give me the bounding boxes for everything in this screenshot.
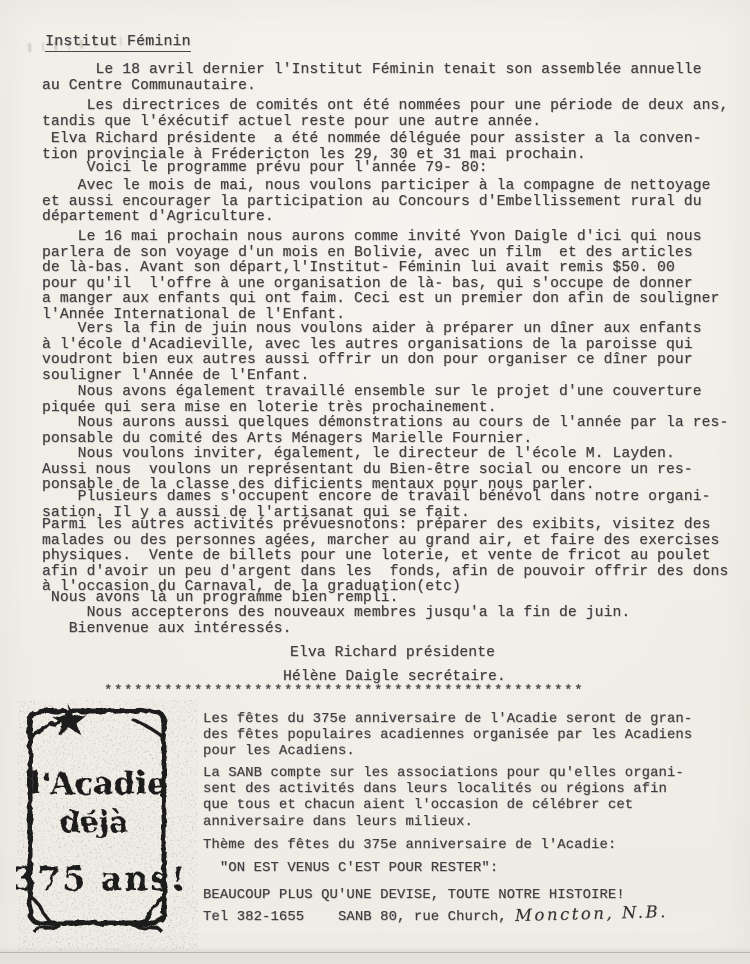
stamp-line-3: 375 ans! — [16, 859, 187, 898]
sanb-slogan-line: "ON EST VENUS C'EST POUR RESTER": — [203, 860, 498, 876]
sanb-paragraph-associations: La SANB compte sur les associations pour… — [203, 765, 684, 830]
acadie-375-stamp: l'Acadie déjà 375 ans! — [16, 698, 200, 956]
sanb-motto-line: BEAUCOUP PLUS QU'UNE DEVISE, TOUTE NOTRE… — [203, 887, 625, 903]
signature-presidente: Elva Richard présidente — [290, 646, 495, 662]
paragraph-couverture-piquee: Nous avons également travaillé ensemble … — [42, 385, 702, 416]
sanb-paragraph-fetes-375e: Les fêtes du 375e anniversaire de l'Acad… — [203, 711, 692, 760]
paragraph-programme-79-80: Voici le programme prévu pour l'année 79… — [42, 161, 488, 177]
paragraph-bienvenue: Bienvenue aux intéressés. — [42, 622, 292, 638]
document-title: Institut Féminin — [45, 34, 191, 52]
contact-handwritten-text: Moncton, N.B. — [515, 904, 668, 924]
paragraph-autres-activites: Parmi les autres activités prévuesnotons… — [42, 518, 728, 596]
paragraph-elva-richard-deleguee: Elva Richard présidente a été nommée dél… — [42, 132, 702, 163]
paragraph-directrices-comites: Les directrices de comités ont été nommé… — [42, 99, 728, 130]
paragraph-demonstrations: Nous aurons aussi quelques démonstration… — [42, 416, 728, 447]
paragraph-diner-acadieville: Vers la fin de juin nous voulons aider à… — [42, 322, 702, 384]
sanb-contact-line: Tel 382-1655 SANB 80, rue Church, Moncto… — [203, 907, 668, 925]
scanned-document-page: Institut Féminin Le 18 avril dernier l'I… — [0, 0, 750, 964]
sanb-theme-line: Thème des fêtes du 375e anniversaire de … — [203, 837, 616, 853]
stamp-graphic: l'Acadie déjà 375 ans! — [16, 698, 200, 956]
paragraph-invitations: Nous voulons inviter, également, le dire… — [42, 447, 693, 494]
stamp-line-1: l'Acadie — [29, 766, 166, 802]
contact-typed-text: Tel 382-1655 SANB 80, rue Church, — [203, 909, 515, 925]
paragraph-yvon-daigle-bolivie: Le 16 mai prochain nous aurons comme inv… — [42, 230, 719, 323]
paragraph-mois-de-mai: Avec le mois de mai, nous voulons partic… — [42, 179, 711, 226]
paragraph-assemblee-annuelle: Le 18 avril dernier l'Institut Féminin t… — [42, 63, 702, 94]
stamp-line-2: déjà — [60, 805, 128, 839]
paragraph-nouveaux-membres: Nous accepterons des nouveaux membres ju… — [42, 606, 630, 622]
scanner-edge-strip — [0, 952, 750, 964]
